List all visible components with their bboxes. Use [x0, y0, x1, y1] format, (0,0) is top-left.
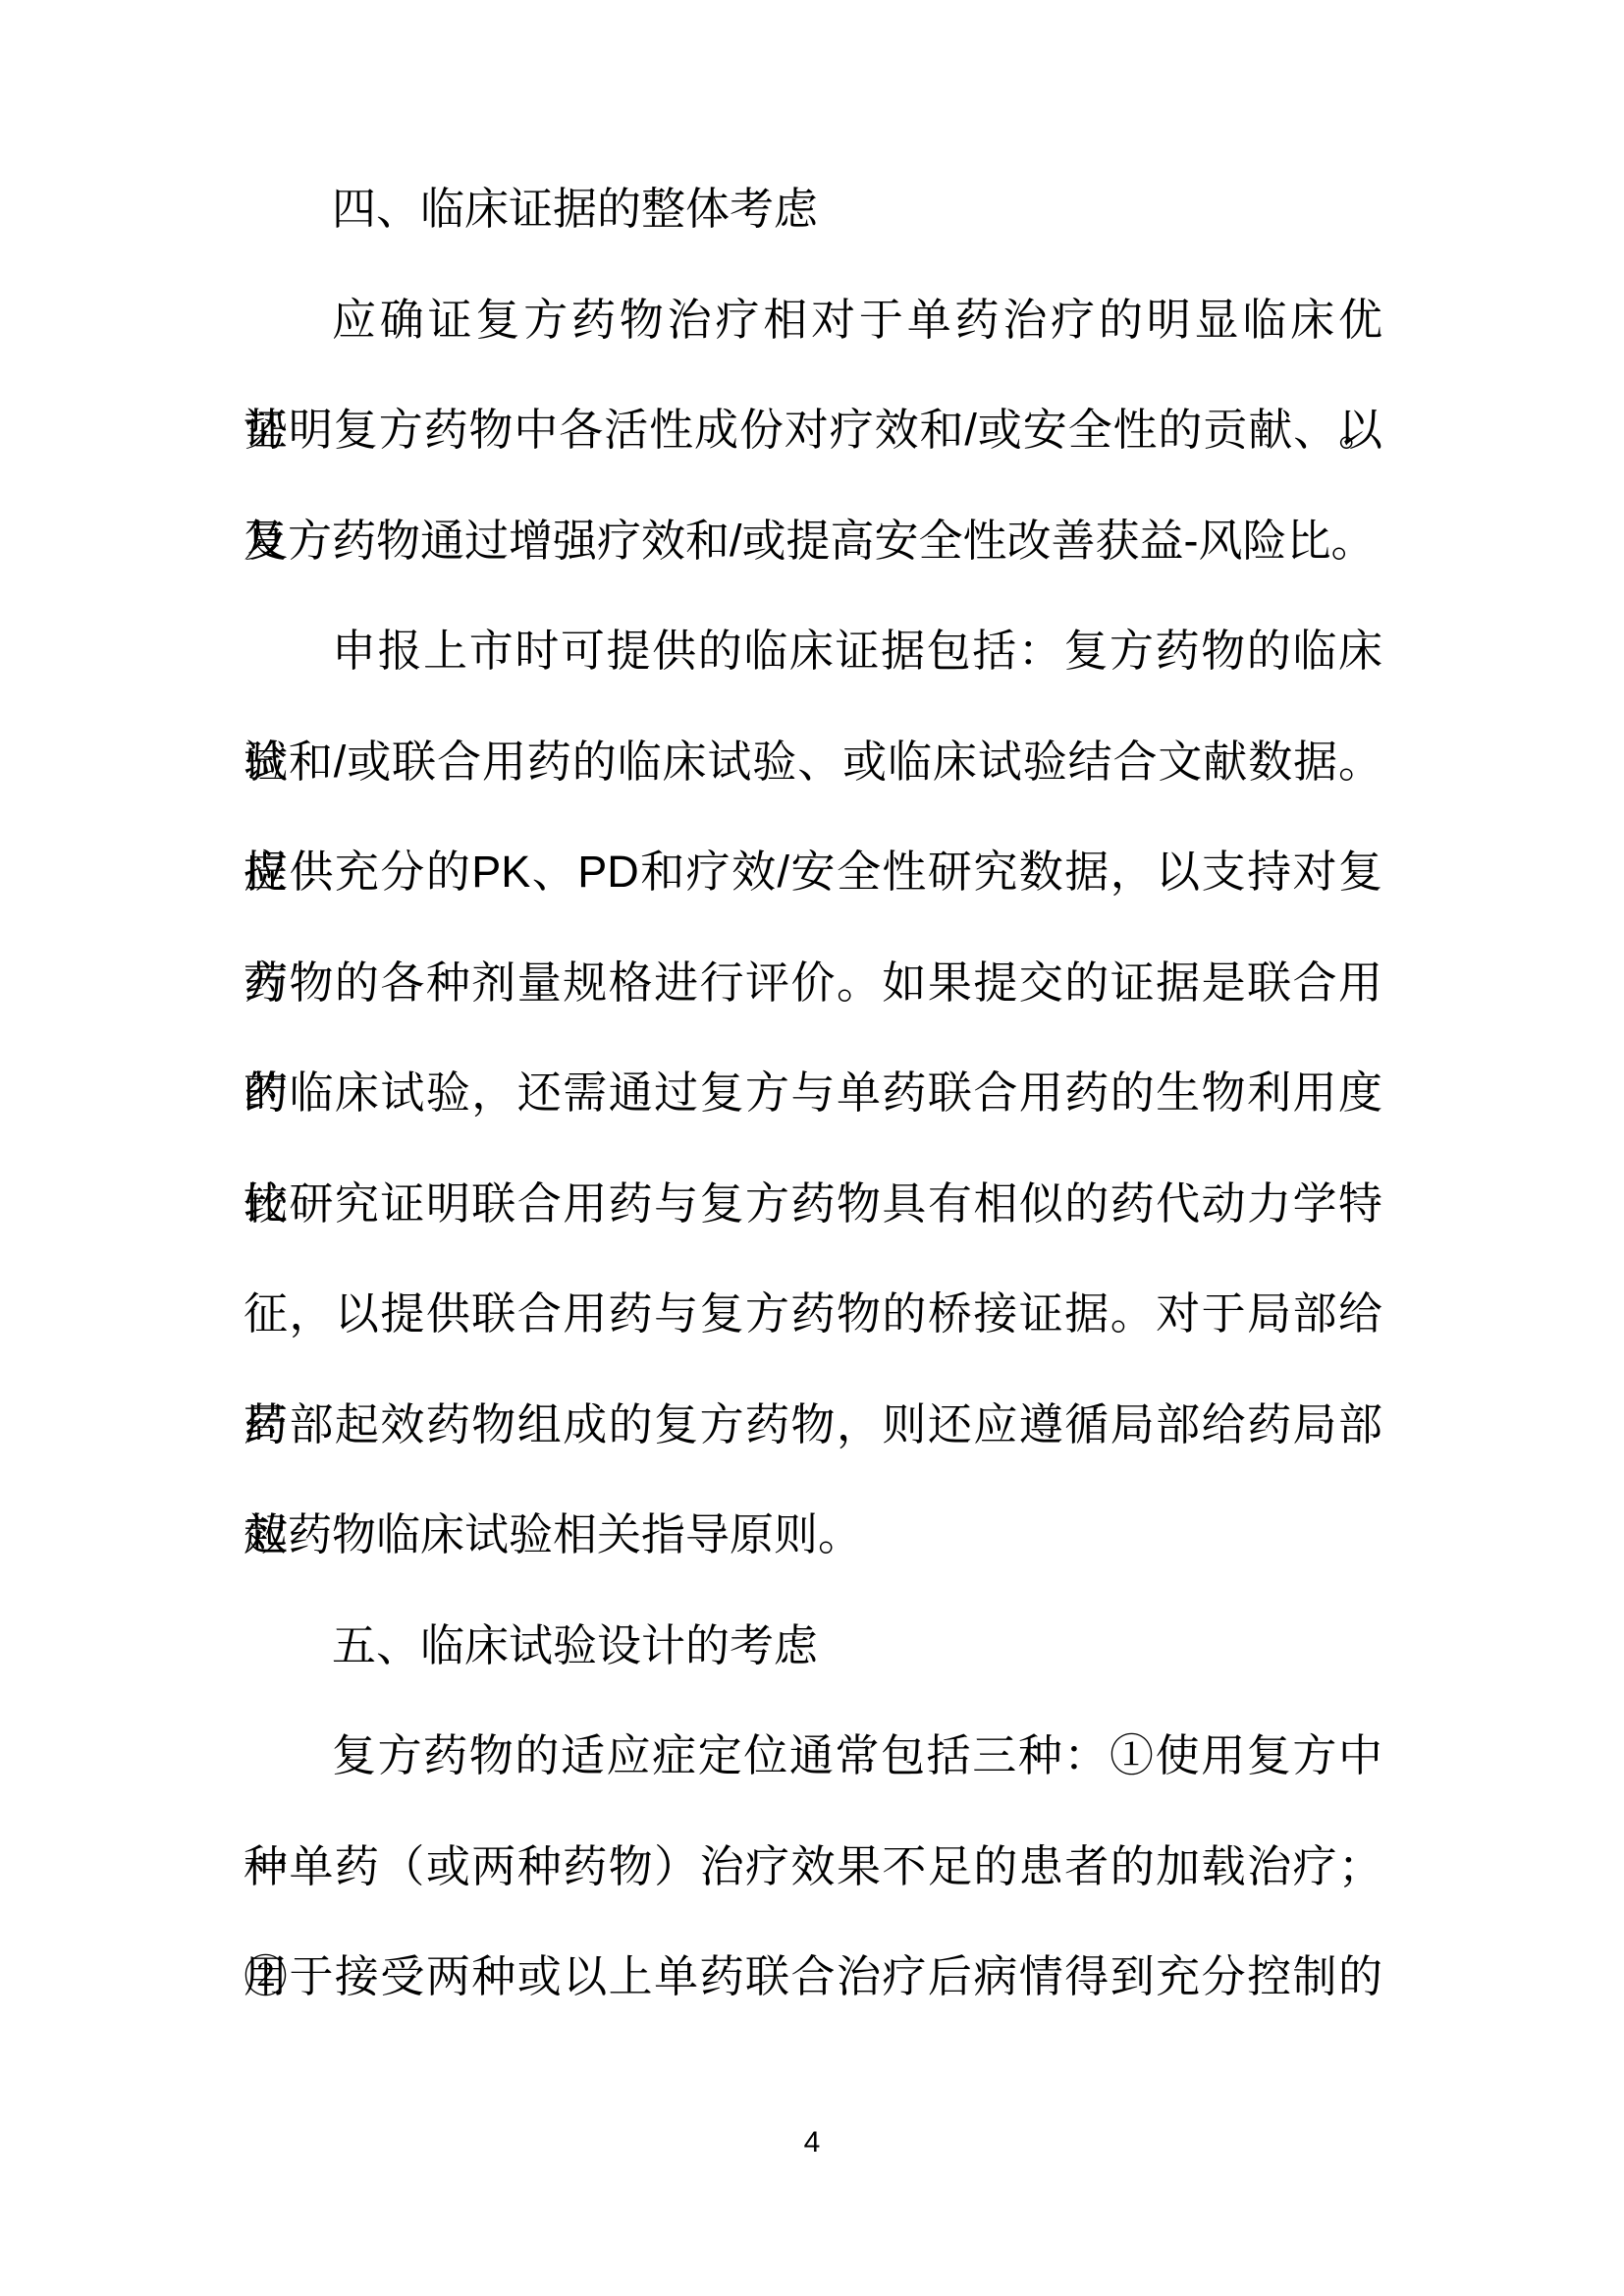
text-line: 局部起效药物组成的复方药物，则还应遵循局部给药局部起: [244, 1370, 1382, 1481]
text-line: 复方药物的适应症定位通常包括三种：①使用复方中一: [244, 1701, 1382, 1812]
text-line: 证明复方药物中各活性成份对疗效和/或安全性的贡献、以及: [244, 375, 1382, 486]
text-line: 验和/或联合用药的临床试验、或临床试验结合文献数据。应: [244, 707, 1382, 818]
text-line: 征，以提供联合用药与复方药物的桥接证据。对于局部给药: [244, 1259, 1382, 1370]
text-line: 复方药物通过增强疗效和/或提高安全性改善获益-风险比。: [244, 486, 1382, 597]
text-line: 的临床试验，还需通过复方与单药联合用药的生物利用度比: [244, 1038, 1382, 1149]
page-number: 4: [0, 2123, 1624, 2162]
text-line: 应确证复方药物治疗相对于单药治疗的明显临床优势。: [244, 265, 1382, 376]
text-line: 药物的各种剂量规格进行评价。如果提交的证据是联合用药: [244, 928, 1382, 1039]
document-page: 四、临床证据的整体考虑应确证复方药物治疗相对于单药治疗的明显临床优势。证明复方药…: [0, 0, 1624, 2296]
text-line: 用于接受两种或以上单药联合治疗后病情得到充分控制的: [244, 1922, 1382, 2033]
text-line: 效药物临床试验相关指导原则。: [244, 1480, 1382, 1591]
text-line: 较研究证明联合用药与复方药物具有相似的药代动力学特: [244, 1149, 1382, 1260]
document-body: 四、临床证据的整体考虑应确证复方药物治疗相对于单药治疗的明显临床优势。证明复方药…: [244, 154, 1382, 2033]
text-line: 提供充分的PK、PD和疗效/安全性研究数据，以支持对复方: [244, 817, 1382, 928]
text-line: 申报上市时可提供的临床证据包括：复方药物的临床试: [244, 596, 1382, 707]
text-line: 种单药（或两种药物）治疗效果不足的患者的加载治疗；②: [244, 1812, 1382, 1923]
heading-line: 五、临床试验设计的考虑: [244, 1591, 1382, 1702]
heading-line: 四、临床证据的整体考虑: [244, 154, 1382, 265]
